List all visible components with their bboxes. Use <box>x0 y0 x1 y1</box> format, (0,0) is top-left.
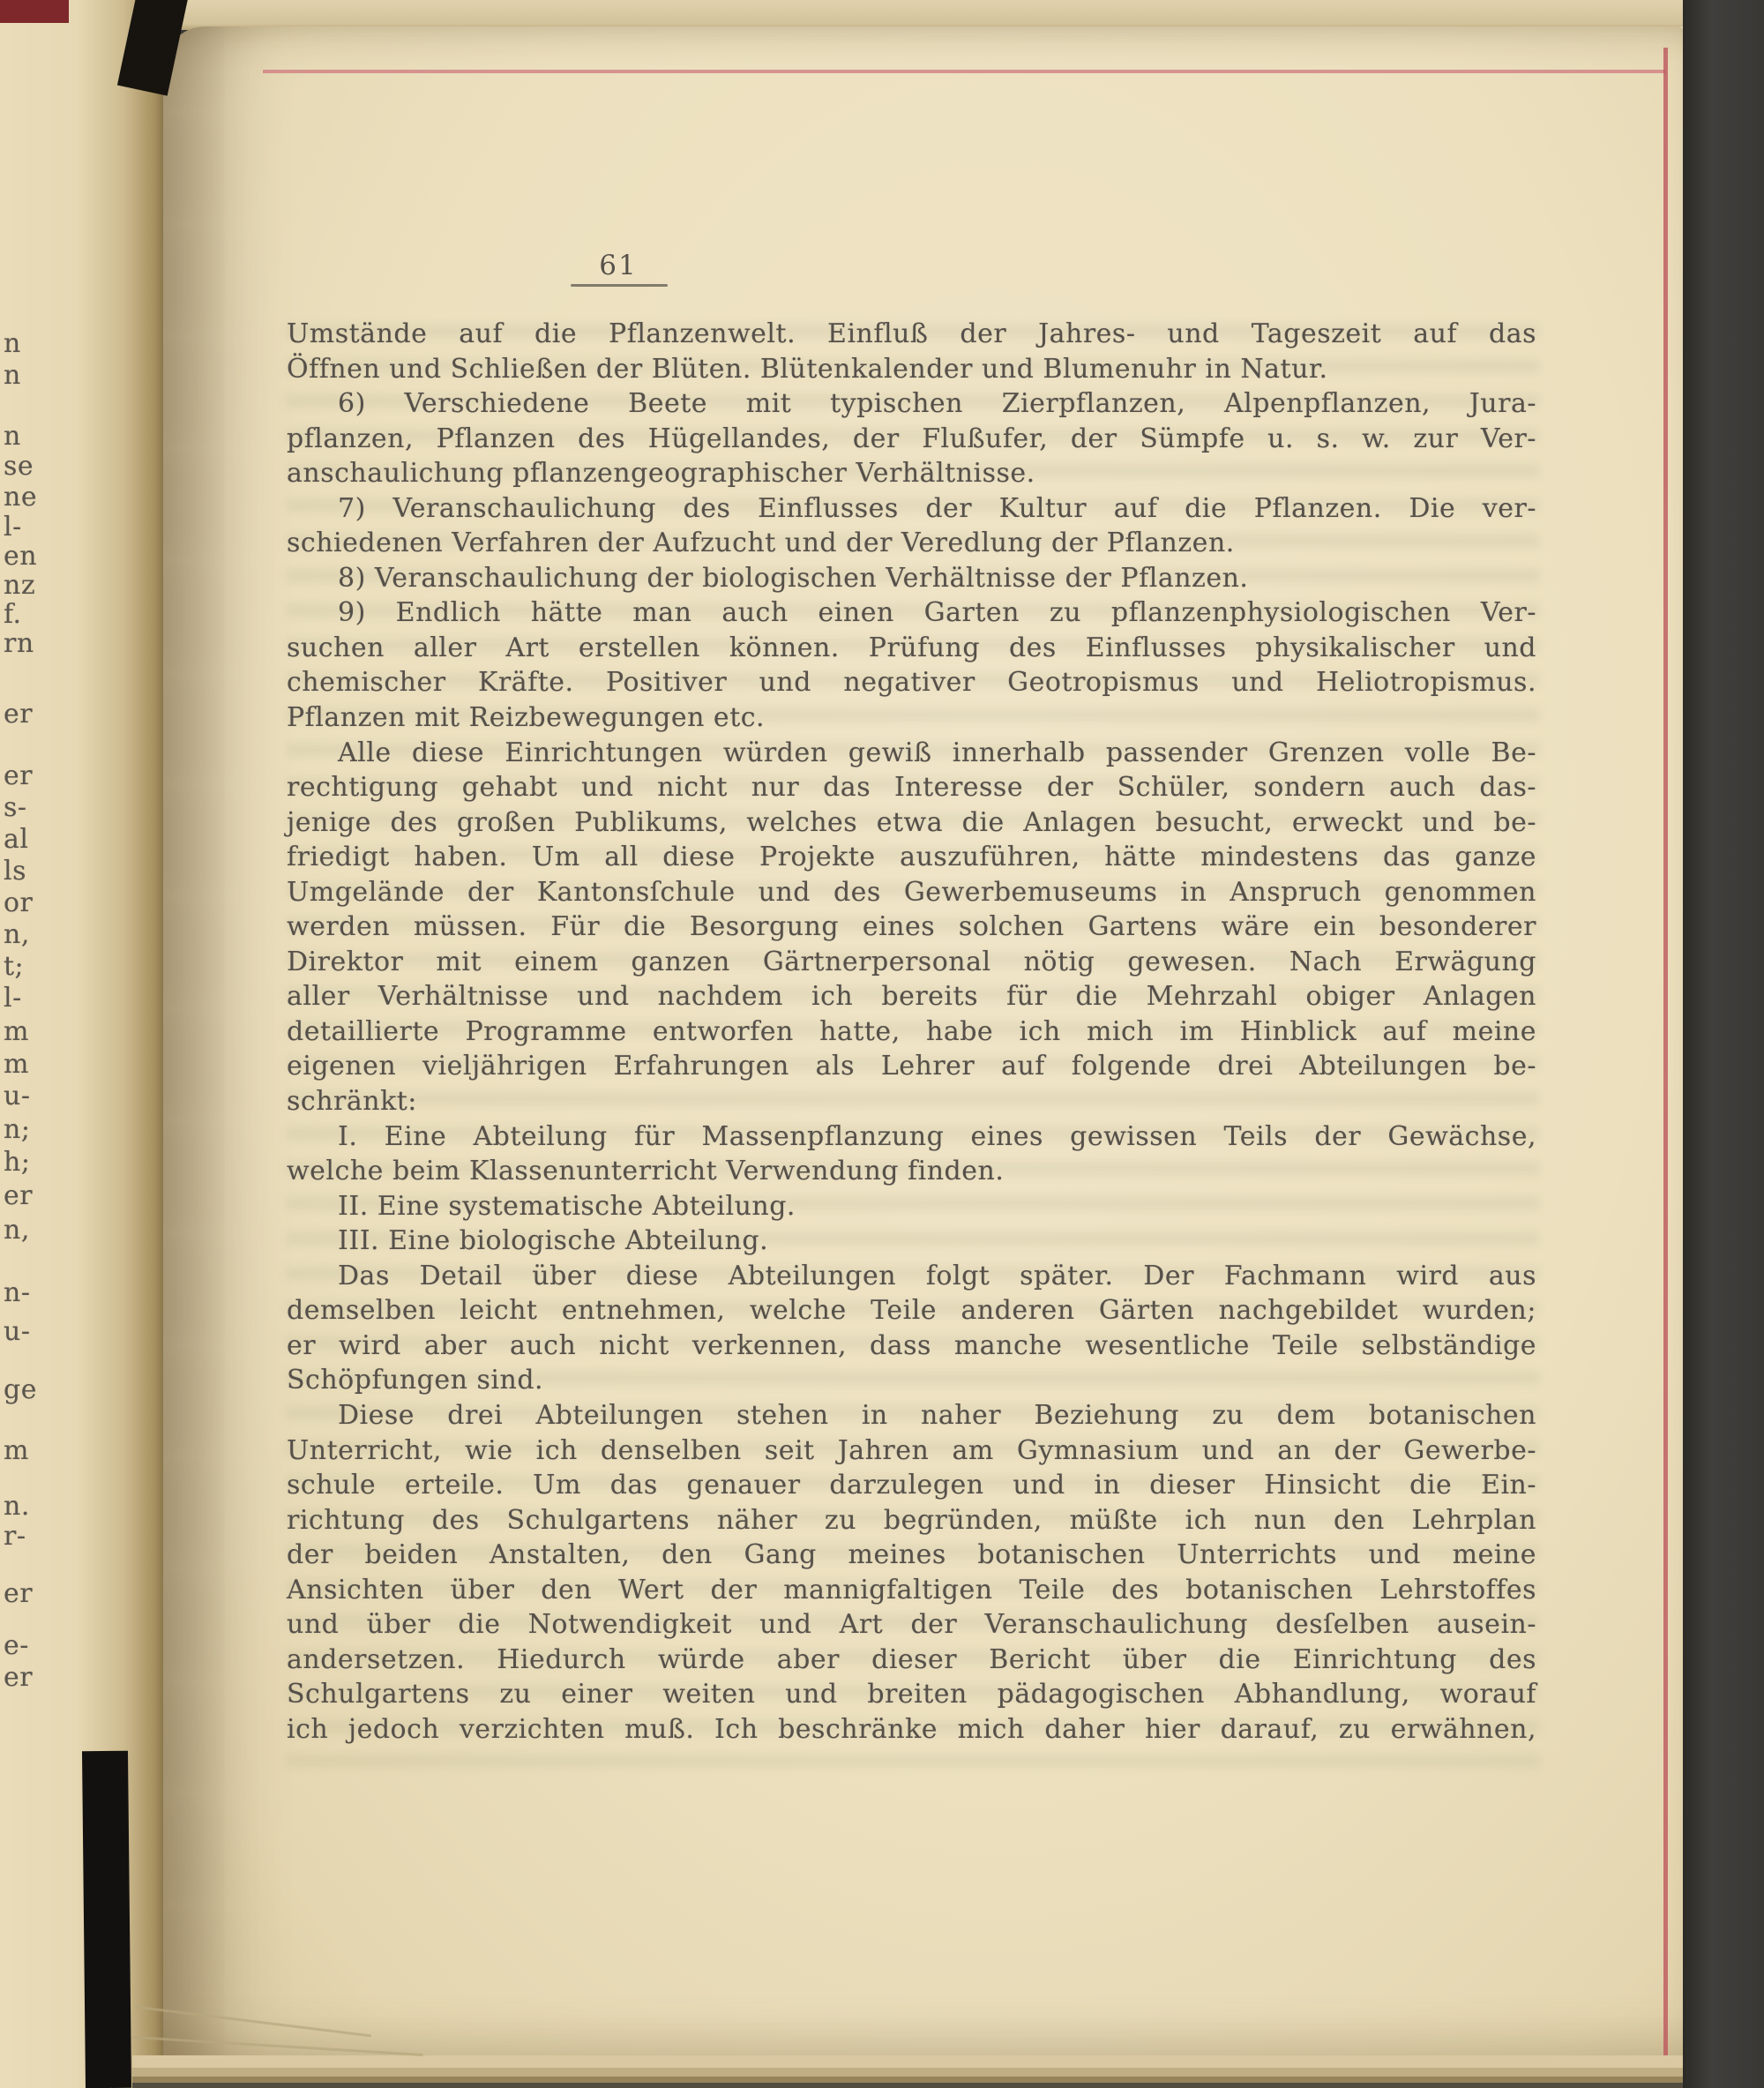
text-line: Ansichten über den Wert der mannigfaltig… <box>287 1573 1536 1608</box>
text-line: Umstände auf die Pflanzenwelt. Einfluß d… <box>287 317 1536 352</box>
facing-page-fragment: l- <box>4 512 22 543</box>
scan-canvas: nnnsenel-ennzf.rnerers-allsorn,t;l-mmu-n… <box>0 0 1764 2088</box>
facing-page-fragment: s- <box>4 792 27 823</box>
red-ruled-line-vertical <box>1663 48 1668 2055</box>
facing-page-fragment: n; <box>4 1114 30 1145</box>
facing-page-fragment: n <box>4 421 21 452</box>
facing-page-fragment: ls <box>4 856 26 887</box>
text-line: er wird aber auch nicht verkennen, dass … <box>287 1328 1536 1364</box>
book-scan: { "document": { "page_number": "61", "la… <box>0 0 1764 2088</box>
page-behind-edge-top <box>132 0 1683 30</box>
facing-page-fragment: n <box>4 328 21 359</box>
text-line: 9) Endlich hätte man auch einen Garten z… <box>287 595 1536 631</box>
text-line: detaillierte Programme entworfen hatte, … <box>287 1014 1536 1050</box>
text-line: II. Eine systematische Abteilung. <box>287 1189 1536 1224</box>
facing-page-fragment: er <box>4 760 33 791</box>
facing-page-fragment: rn <box>4 628 34 659</box>
facing-page-fragment: u- <box>4 1316 30 1347</box>
text-line: 8) Veranschaulichung der biologischen Ve… <box>287 561 1536 596</box>
facing-page-fragment: r- <box>4 1521 26 1552</box>
facing-page-fragment: er <box>4 1180 33 1211</box>
facing-page-fragment: al <box>4 824 28 855</box>
text-line: schränkt: <box>287 1084 1536 1119</box>
text-line: suchen aller Art erstellen können. Prüfu… <box>287 631 1536 666</box>
text-line: Umgelände der Kantonsſchule und des Gewe… <box>287 875 1536 910</box>
text-line: schiedenen Verfahren der Aufzucht und de… <box>287 526 1536 561</box>
facing-page-fragment: er <box>4 1662 33 1693</box>
text-line: welche beim Klassenunterricht Verwendung… <box>287 1154 1536 1189</box>
text-line: Direktor mit einem ganzen Gärtnerpersona… <box>287 945 1536 980</box>
main-page: 61 Umstände auf die Pflanzenwelt. Einflu… <box>163 26 1683 2055</box>
text-line: werden müssen. Für die Besorgung eines s… <box>287 909 1536 945</box>
cover-red-corner <box>0 0 69 23</box>
facing-page-fragment: n <box>4 360 21 391</box>
facing-page-fragment: er <box>4 699 33 730</box>
facing-page-fragment: m <box>4 1435 29 1466</box>
text-line: anschaulichung pflanzengeographischer Ve… <box>287 456 1536 491</box>
facing-page-fragment: m <box>4 1049 29 1080</box>
text-line: jenige des großen Publikums, welches etw… <box>287 805 1536 841</box>
scan-background-band <box>1683 0 1764 2088</box>
text-line: I. Eine Abteilung für Massenpflanzung ei… <box>287 1119 1536 1155</box>
facing-page-fragment: f. <box>4 599 22 630</box>
text-line: der beiden Anstalten, den Gang meines bo… <box>287 1538 1536 1573</box>
facing-page-fragment: nz <box>4 570 35 601</box>
text-line: friedigt haben. Um all diese Projekte au… <box>287 840 1536 875</box>
red-ruled-line-horizontal <box>263 70 1665 73</box>
text-line: andersetzen. Hiedurch würde aber dieser … <box>287 1643 1536 1678</box>
text-line: Diese drei Abteilungen stehen in naher B… <box>287 1398 1536 1433</box>
text-line: Schulgartens zu einer weiten und breiten… <box>287 1677 1536 1712</box>
facing-page-fragment: ge <box>4 1374 37 1405</box>
facing-page-fragment: n, <box>4 1215 30 1246</box>
facing-page-fragment: er <box>4 1578 33 1609</box>
text-line: Das Detail über diese Abteilungen folgt … <box>287 1259 1536 1294</box>
text-line: Alle diese Einrichtungen würden gewiß in… <box>287 736 1536 771</box>
facing-page-fragment: en <box>4 541 37 572</box>
page-stack-edges <box>132 2055 1683 2088</box>
text-line: 6) Verschiedene Beete mit typischen Zier… <box>287 386 1536 422</box>
facing-page-fragment: h; <box>4 1147 30 1178</box>
facing-page-fragment: n, <box>4 919 30 950</box>
facing-page-fragment: l- <box>4 983 22 1014</box>
facing-page-fragment: ne <box>4 482 37 513</box>
facing-page-fragment: se <box>4 451 34 482</box>
facing-page-fragment: u- <box>4 1081 30 1111</box>
facing-page-fragment: e- <box>4 1630 29 1661</box>
text-line: Schöpfungen sind. <box>287 1363 1536 1398</box>
text-line: III. Eine biologische Abteilung. <box>287 1224 1536 1259</box>
text-line: 7) Veranschaulichung des Einflusses der … <box>287 491 1536 527</box>
text-line: schule erteile. Um das genauer darzulege… <box>287 1468 1536 1503</box>
text-line: ich jedoch verzichten muß. Ich beschränk… <box>287 1712 1536 1747</box>
text-line: Öffnen und Schließen der Blüten. Blütenk… <box>287 352 1536 387</box>
text-line: aller Verhältnisse und nachdem ich berei… <box>287 979 1536 1014</box>
facing-page-fragment: n. <box>4 1491 30 1522</box>
page-number-rule <box>571 284 668 287</box>
cover-edge-bar <box>82 1751 131 2088</box>
text-line: richtung des Schulgartens näher zu begrü… <box>287 1503 1536 1538</box>
text-line: Pflanzen mit Reizbewegungen etc. <box>287 700 1536 736</box>
facing-page-fragment: m <box>4 1016 29 1047</box>
text-block: Umstände auf die Pflanzenwelt. Einfluß d… <box>287 317 1536 1747</box>
facing-page-fragment: t; <box>4 951 24 982</box>
facing-page-fragment: n- <box>4 1277 30 1308</box>
page-number: 61 <box>565 250 671 281</box>
text-line: eigenen vieljährigen Erfahrungen als Leh… <box>287 1049 1536 1084</box>
text-line: demselben leicht entnehmen, welche Teile… <box>287 1293 1536 1328</box>
text-line: rechtigung gehabt und nicht nur das Inte… <box>287 770 1536 805</box>
text-line: Unterricht, wie ich denselben seit Jahre… <box>287 1433 1536 1469</box>
text-line: pflanzen, Pflanzen des Hügellandes, der … <box>287 422 1536 457</box>
text-line: und über die Notwendigkeit und Art der V… <box>287 1607 1536 1643</box>
text-line: chemischer Kräfte. Positiver und negativ… <box>287 665 1536 700</box>
facing-page-fragment: or <box>4 887 33 918</box>
